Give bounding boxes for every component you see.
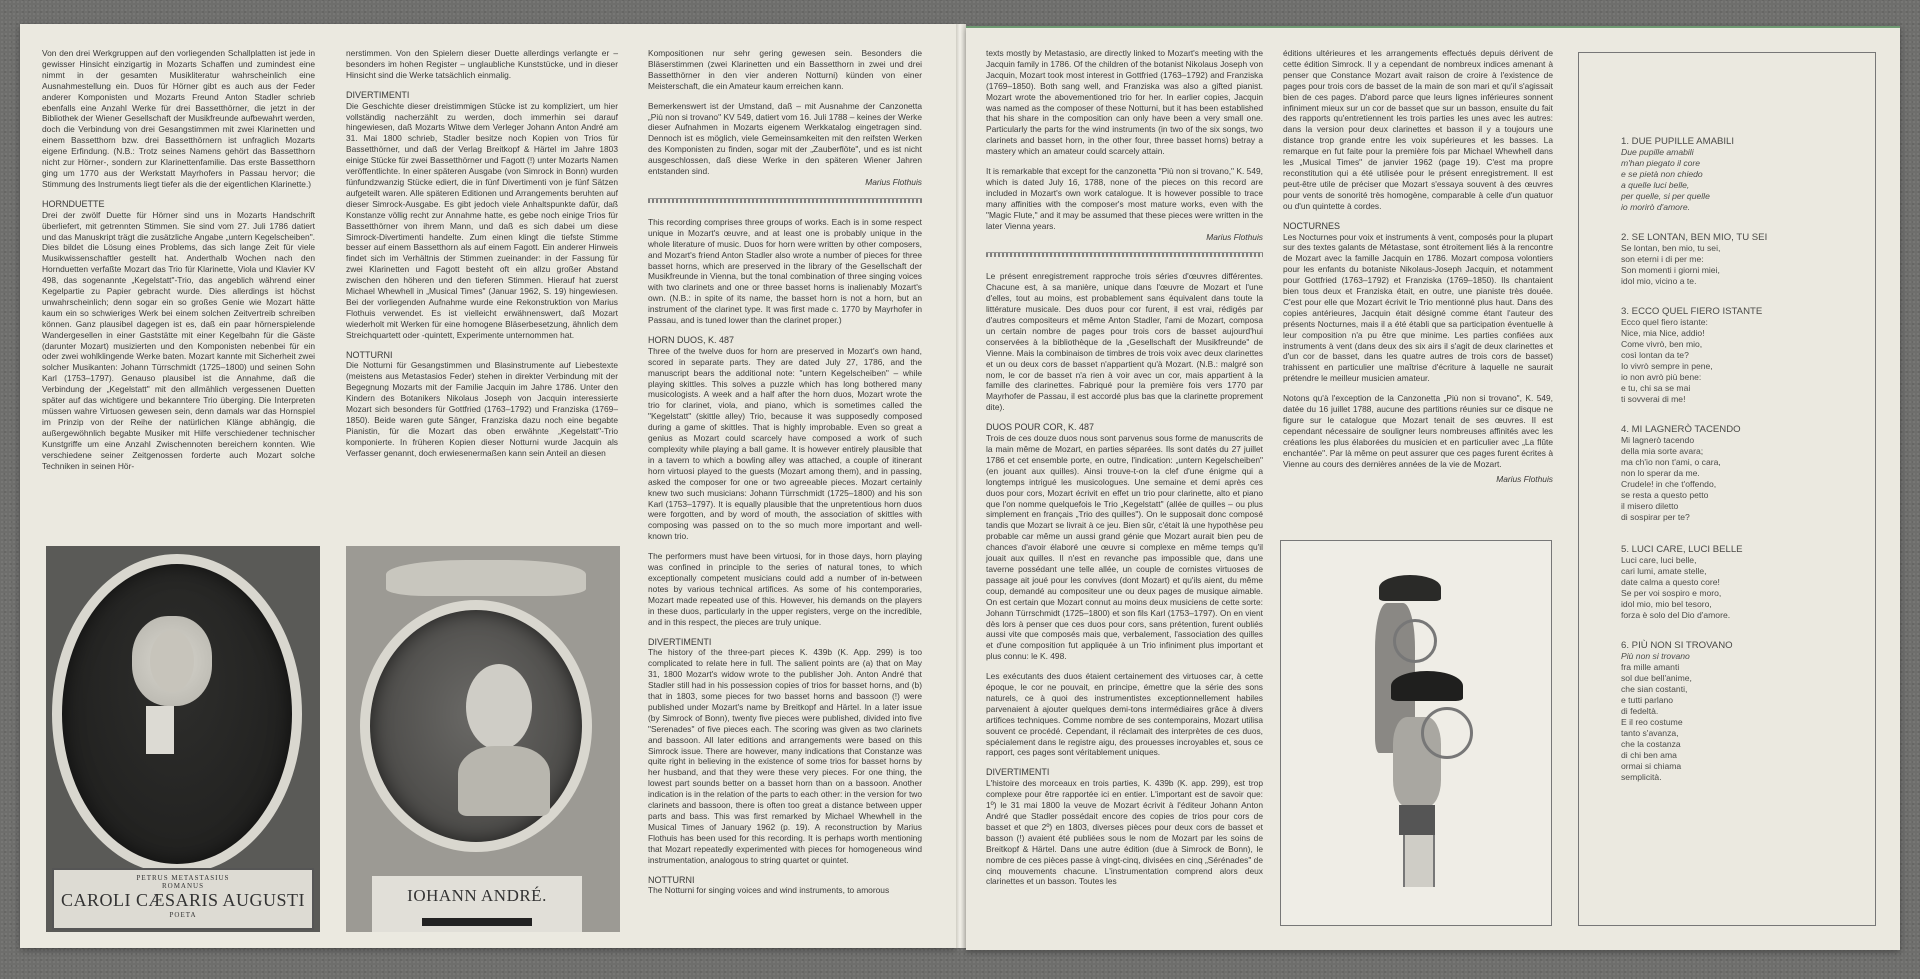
lyric-line: Crudele! in che t'offendo, xyxy=(1621,479,1741,490)
german-column-2: nerstimmen. Von den Spielern dieser Duet… xyxy=(346,48,618,468)
lyric-line: idol mio, mio bel tesoro, xyxy=(1621,599,1743,610)
inscription-line-4: POETA xyxy=(54,911,312,919)
lyric-line: Nice, mia Nice, addio! xyxy=(1621,328,1762,339)
lyric-5: 5. LUCI CARE, LUCI BELLE Luci care, luci… xyxy=(1621,544,1743,621)
lyric-line: a quelle luci belle, xyxy=(1621,180,1734,191)
german-intro: Von den drei Werkgruppen auf den vorlieg… xyxy=(42,48,315,190)
german-col2-intro: nerstimmen. Von den Spielern dieser Duet… xyxy=(346,48,618,81)
plinth-andre: IOHANN ANDRÉ. xyxy=(372,876,582,932)
english-intro: This recording comprises three groups of… xyxy=(648,217,922,326)
heading-divertimenti-de: DIVERTIMENTI xyxy=(346,90,618,101)
french-col2-intro: éditions ultérieures et les arrangements… xyxy=(1283,48,1553,212)
english-notturni-cont: texts mostly by Metastasio, are directly… xyxy=(986,48,1263,157)
lyric-line: Se lontan, ben mio, tu sei, xyxy=(1621,243,1767,254)
lyric-line: ormai si chiama xyxy=(1621,761,1733,772)
tricorn-hat-icon xyxy=(1379,575,1441,601)
tricorn-hat-icon xyxy=(1391,671,1463,701)
lyric-line: fra mille amanti xyxy=(1621,662,1733,673)
lyric-title: 5. LUCI CARE, LUCI BELLE xyxy=(1621,544,1743,555)
inscription-line-2: ROMANUS xyxy=(54,882,312,890)
divertimenti-fr-text: L'histoire des morceaux en trois parties… xyxy=(986,778,1263,887)
lyric-line: forza è solo del Dio d'amore. xyxy=(1621,610,1743,621)
lyric-line: Io vivrò sempre in pene, xyxy=(1621,361,1762,372)
signature-en: Marius Flothuis xyxy=(986,232,1263,243)
signature-fr: Marius Flothuis xyxy=(1283,474,1553,485)
metastasio-face xyxy=(150,630,194,692)
lyric-line: ma ch'io non t'ami, o cara, xyxy=(1621,457,1741,468)
lyric-line: Luci care, luci belle, xyxy=(1621,555,1743,566)
horn-icon xyxy=(1421,707,1473,759)
wavy-divider xyxy=(648,198,922,203)
portrait-andre: IOHANN ANDRÉ. xyxy=(346,546,620,932)
horn-duos-text-2: The performers must have been virtuosi, … xyxy=(648,551,922,627)
heading-horn-duos: HORN DUOS, K. 487 xyxy=(648,335,922,346)
lyric-line: tanto s'avanza, xyxy=(1621,728,1733,739)
french-column-1: texts mostly by Metastasio, are directly… xyxy=(986,48,1263,896)
signature-de: Marius Flothuis xyxy=(648,177,922,188)
horn-icon xyxy=(1393,619,1437,663)
inscription-line-3: CAROLI CÆSARIS AUGUSTI xyxy=(54,890,312,911)
lyric-title: 1. DUE PUPILLE AMABILI xyxy=(1621,136,1734,147)
lyric-line: così lontan da te? xyxy=(1621,350,1762,361)
lyric-line: date calma a questo core! xyxy=(1621,577,1743,588)
breeches xyxy=(1399,805,1435,835)
portrait-metastasio: PETRUS METASTASIUS ROMANUS CAROLI CÆSARI… xyxy=(46,546,320,932)
lyric-line: di sospirar per te? xyxy=(1621,512,1741,523)
hornduette-text: Drei der zwölf Duette für Hörner sind un… xyxy=(42,210,315,472)
lyric-line: di chi ben ama xyxy=(1621,750,1733,761)
lyric-line: io non avrò più bene: xyxy=(1621,372,1762,383)
lyric-line: che sian costanti, xyxy=(1621,684,1733,695)
lyric-line: Se per voi sospiro e moro, xyxy=(1621,588,1743,599)
plinth-bar xyxy=(422,918,532,926)
divertimenti-en-text: The history of the three-part pieces K. … xyxy=(648,647,922,865)
lyric-line: della mia sorte avara; xyxy=(1621,446,1741,457)
lyric-line: Mi lagnerò tacendo xyxy=(1621,435,1741,446)
german-column-1: Von den drei Werkgruppen auf den vorlieg… xyxy=(42,48,315,480)
divertimenti-de-text: Die Geschichte dieser dreistimmigen Stüc… xyxy=(346,101,618,341)
german-col3-intro: Kompositionen nur sehr gering gewesen se… xyxy=(648,48,922,92)
lyric-line: Come vivrò, ben mio, xyxy=(1621,339,1762,350)
lyric-line: per quelle, si per quelle xyxy=(1621,191,1734,202)
heading-notturni-en: NOTTURNI xyxy=(648,875,922,886)
lyric-title: 6. PIÙ NON SI TROVANO xyxy=(1621,640,1733,651)
french-column-2: éditions ultérieures et les arrangements… xyxy=(1283,48,1553,484)
oval-frame xyxy=(52,554,302,874)
legs xyxy=(1403,835,1435,887)
heading-duos-pour-cor: DUOS POUR COR, K. 487 xyxy=(986,422,1263,433)
lyric-3: 3. ECCO QUEL FIERO ISTANTE Ecco quel fie… xyxy=(1621,306,1762,405)
lyric-line: se resta a questo petto xyxy=(1621,490,1741,501)
heading-hornduette: HORNDUETTE xyxy=(42,199,315,210)
lyric-4: 4. MI LAGNERÒ TACENDO Mi lagnerò tacendo… xyxy=(1621,424,1741,523)
andre-head xyxy=(466,664,532,750)
booklet-spine xyxy=(956,24,966,948)
lyric-line: son eterni i di per me: xyxy=(1621,254,1767,265)
lyric-line: cari lumi, amate stelle, xyxy=(1621,566,1743,577)
heading-nocturnes: NOCTURNES xyxy=(1283,221,1553,232)
french-intro: Le présent enregistrement rapproche troi… xyxy=(986,271,1263,413)
lyric-line: E il reo costume xyxy=(1621,717,1733,728)
horn-duos-text: Three of the twelve duos for horn are pr… xyxy=(648,346,922,542)
plinth-metastasio: PETRUS METASTASIUS ROMANUS CAROLI CÆSARI… xyxy=(52,868,314,930)
inscription-line-1: PETRUS METASTASIUS xyxy=(54,874,312,882)
french-closing: Notons qu'à l'exception de la Canzonetta… xyxy=(1283,393,1553,469)
lyric-line: e se pietà non chiedo xyxy=(1621,169,1734,180)
lyric-line: Son momenti i giorni miei, xyxy=(1621,265,1767,276)
lyric-line: e tu, chi sa se mai xyxy=(1621,383,1762,394)
lyric-2: 2. SE LONTAN, BEN MIO, TU SEI Se lontan,… xyxy=(1621,232,1767,287)
duos-pour-cor-text: Trois de ces douze duos nous sont parven… xyxy=(986,433,1263,662)
lyric-line: di fedeltà. xyxy=(1621,706,1733,717)
horn-players-illustration xyxy=(1280,540,1552,926)
lyric-title: 3. ECCO QUEL FIERO ISTANTE xyxy=(1621,306,1762,317)
lyric-line: e tutti parlano xyxy=(1621,695,1733,706)
lyric-line: che la costanza xyxy=(1621,739,1733,750)
lyric-title: 2. SE LONTAN, BEN MIO, TU SEI xyxy=(1621,232,1767,243)
andre-body xyxy=(458,746,550,816)
horn-player-2 xyxy=(1381,671,1481,901)
heading-divertimenti-fr: DIVERTIMENTI xyxy=(986,767,1263,778)
metastasio-collar xyxy=(146,706,174,754)
notturni-de-text: Die Notturni für Gesangstimmen und Blasi… xyxy=(346,360,618,458)
english-closing: It is remarkable that except for the can… xyxy=(986,166,1263,231)
lyric-1: 1. DUE PUPILLE AMABILI Due pupille amabi… xyxy=(1621,136,1734,213)
lyric-line: Due pupille amabili xyxy=(1621,147,1734,158)
heading-divertimenti-en: DIVERTIMENTI xyxy=(648,637,922,648)
notturni-en-text: The Notturni for singing voices and wind… xyxy=(648,885,922,896)
english-column-1: Kompositionen nur sehr gering gewesen se… xyxy=(648,48,922,905)
nocturnes-text: Les Nocturnes pour voix et instruments à… xyxy=(1283,232,1553,385)
lyric-line: il misero diletto xyxy=(1621,501,1741,512)
lyric-6: 6. PIÙ NON SI TROVANO Più non si trovano… xyxy=(1621,640,1733,783)
lyric-line: non lo sperar da me. xyxy=(1621,468,1741,479)
german-closing: Bemerkenswert ist der Umstand, daß – mit… xyxy=(648,101,922,177)
lyric-line: ti sovverai di me! xyxy=(1621,394,1762,405)
lyric-line: io morirò d'amore. xyxy=(1621,202,1734,213)
lyric-line: semplicità. xyxy=(1621,772,1733,783)
lyric-line: m'han piegato il core xyxy=(1621,158,1734,169)
lyric-title: 4. MI LAGNERÒ TACENDO xyxy=(1621,424,1741,435)
lyric-line: Ecco quel fiero istante: xyxy=(1621,317,1762,328)
wavy-divider xyxy=(986,252,1263,257)
andre-caption: IOHANN ANDRÉ. xyxy=(372,886,582,906)
lyric-line: idol mio, vicino a te. xyxy=(1621,276,1767,287)
duos-pour-cor-text-2: Les exécutants des duos étaient certaine… xyxy=(986,671,1263,758)
heading-notturni-de: NOTTURNI xyxy=(346,350,618,361)
lyric-line: sol due bell'anime, xyxy=(1621,673,1733,684)
lyric-line: Più non si trovano xyxy=(1621,651,1733,662)
ribbon-ornament xyxy=(386,560,586,596)
